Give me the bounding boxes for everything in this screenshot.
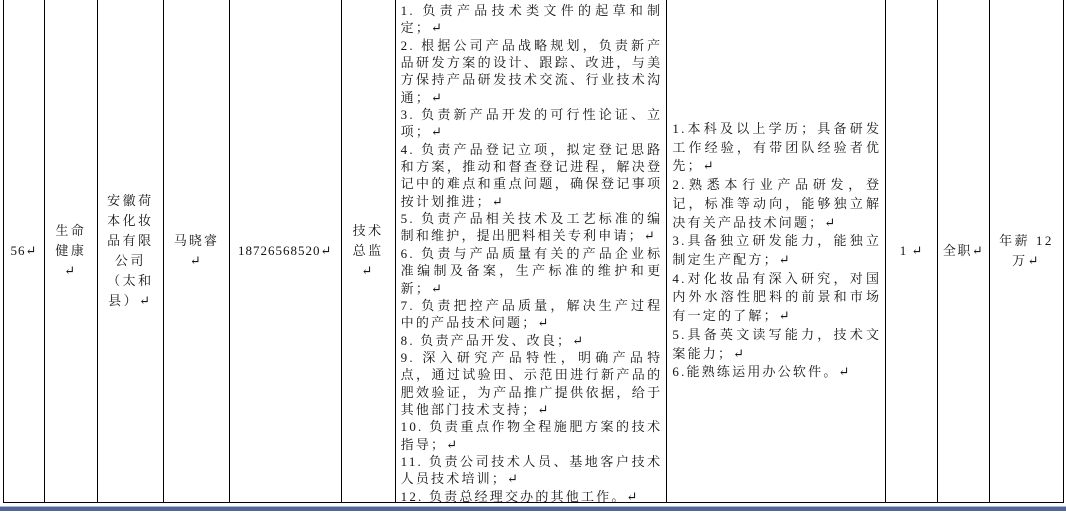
paragraph: 8. 负责产品开发、改良；↵: [401, 332, 663, 349]
cell-headcount: 1 ↵: [886, 0, 938, 502]
cell-contact-phone: 18726568520↵: [230, 0, 342, 502]
cell-position-title: 技术总监↵: [342, 0, 396, 502]
paragraph: 6. 负责与产品质量有关的产品企业标准编制及备案，生产标准的维护和更新；↵: [401, 245, 663, 297]
cell-job-duties: 1. 负责产品技术类文件的起草和制定；↵2. 根据公司产品战略规划，负责新产品研…: [396, 0, 668, 502]
paragraph: 1. 负责产品技术类文件的起草和制定；↵: [401, 2, 663, 37]
cell-employment-type: 全职↵: [938, 0, 990, 502]
paragraph: 10. 负责重点作物全程施肥方案的技术指导；↵: [401, 418, 663, 453]
paragraph: 4. 负责产品登记立项，拟定登记思路和方案，推动和督查登记进程，解决登记中的难点…: [401, 141, 663, 210]
paragraph: 2.熟悉本行业产品研发，登记，标准等动向，能够独立解决有关产品技术问题；↵: [672, 176, 881, 232]
paragraph: 3.具备独立研发能力，能独立制定生产配方；↵: [672, 232, 881, 269]
cell-job-requirements: 1.本科及以上学历；具备研发工作经验，有带团队经验者优先；↵2.熟悉本行业产品研…: [667, 0, 886, 502]
paragraph: 3. 负责新产品开发的可行性论证、立项；↵: [401, 106, 663, 141]
paragraph: 6.能熟练运用办公软件。↵: [672, 363, 881, 382]
cell-industry-category: 生命健康↵: [45, 0, 98, 502]
paragraph: 2. 根据公司产品战略规划，负责新产品研发方案的设计、跟踪、改进，与美方保持产品…: [401, 37, 663, 106]
cell-row-number: 56↵: [4, 0, 45, 502]
document-page: 56↵ 生命健康↵ 安徽荷本化妆品有限公司（太和县）↵ 马晓睿↵ 1872656…: [0, 0, 1066, 513]
cell-company-name: 安徽荷本化妆品有限公司（太和县）↵: [98, 0, 164, 502]
paragraph: 4.对化妆品有深入研究，对国内外水溶性肥料的前景和市场有一定的了解；↵: [672, 270, 881, 326]
cell-contact-name: 马晓睿↵: [164, 0, 230, 502]
cell-salary: 年薪 12 万↵: [990, 0, 1064, 502]
job-posting-table-row: 56↵ 生命健康↵ 安徽荷本化妆品有限公司（太和县）↵ 马晓睿↵ 1872656…: [3, 0, 1064, 503]
paragraph: 5.具备英文读写能力，技术文案能力；↵: [672, 326, 881, 363]
paragraph: 12. 负责总经理交办的其他工作。↵: [401, 488, 663, 502]
window-bottom-edge-line: [0, 506, 1066, 511]
paragraph: 11. 负责公司技术人员、基地客户技术人员技术培训；↵: [401, 453, 663, 488]
paragraph: 5. 负责产品相关技术及工艺标准的编制和维护，提出肥料相关专利申请；↵: [401, 210, 663, 245]
paragraph: 9. 深入研究产品特性，明确产品特点，通过试验田、示范田进行新产品的肥效验证，为…: [401, 349, 663, 418]
paragraph: 7. 负责把控产品质量，解决生产过程中的产品技术问题；↵: [401, 297, 663, 332]
paragraph: 1.本科及以上学历；具备研发工作经验，有带团队经验者优先；↵: [672, 120, 881, 176]
